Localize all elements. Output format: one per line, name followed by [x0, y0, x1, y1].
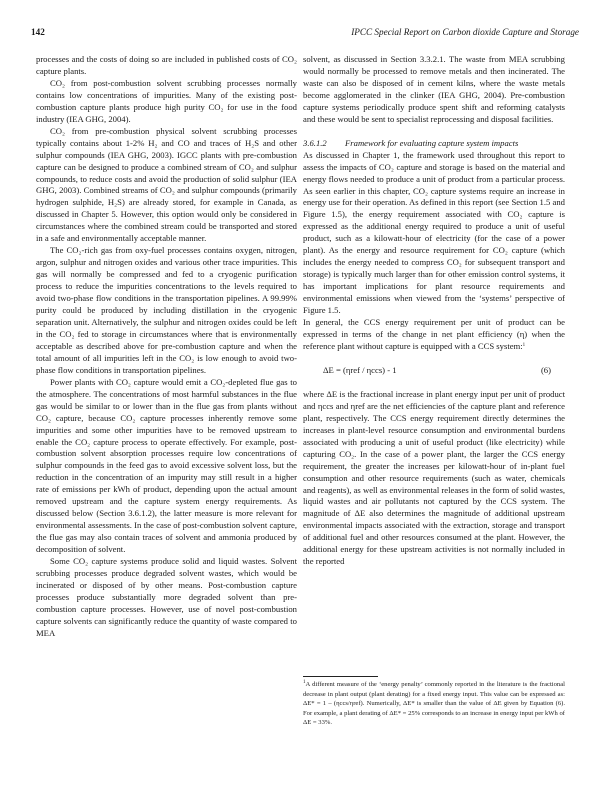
right-column: solvent, as discussed in Section 3.3.2.1… [303, 54, 565, 568]
paragraph-text: In general, the CCS energy requirement p… [303, 317, 565, 351]
equation-6: ΔE = (ηref / ηccs) - 1 (6) [303, 365, 565, 377]
section-title: Framework for evaluating capture system … [345, 138, 518, 148]
paragraph: As discussed in Chapter 1, the framework… [303, 150, 565, 317]
paragraph: where ΔE is the fractional increase in p… [303, 389, 565, 568]
paragraph: Some CO₂ capture systems produce solid a… [36, 556, 297, 640]
equation-expression: ΔE = (ηref / ηccs) - 1 [323, 365, 397, 377]
footnote-marker[interactable]: 1 [523, 343, 526, 348]
section-number: 3.6.1.2 [303, 138, 345, 150]
footnote-text: A different measure of the ‘energy penal… [303, 681, 565, 726]
page-header: 142 IPCC Special Report on Carbon dioxid… [31, 27, 579, 41]
paragraph: CO₂ from pre-combustion physical solvent… [36, 126, 297, 246]
paragraph: Power plants with CO₂ capture would emit… [36, 377, 297, 556]
running-title: IPCC Special Report on Carbon dioxide Ca… [351, 27, 579, 37]
section-heading: 3.6.1.2Framework for evaluating capture … [303, 138, 565, 150]
equation-number: (6) [541, 365, 551, 377]
paragraph: CO₂ from post-combustion solvent scrubbi… [36, 78, 297, 126]
paragraph: processes and the costs of doing so are … [36, 54, 297, 78]
page-number: 142 [31, 27, 45, 37]
paragraph: In general, the CCS energy requirement p… [303, 317, 565, 353]
left-column: processes and the costs of doing so are … [36, 54, 297, 640]
footnote-divider [303, 676, 378, 677]
paragraph: solvent, as discussed in Section 3.3.2.1… [303, 54, 565, 126]
paragraph: The CO₂-rich gas from oxy-fuel processes… [36, 245, 297, 376]
footnote: 1A different measure of the ‘energy pena… [303, 680, 565, 728]
